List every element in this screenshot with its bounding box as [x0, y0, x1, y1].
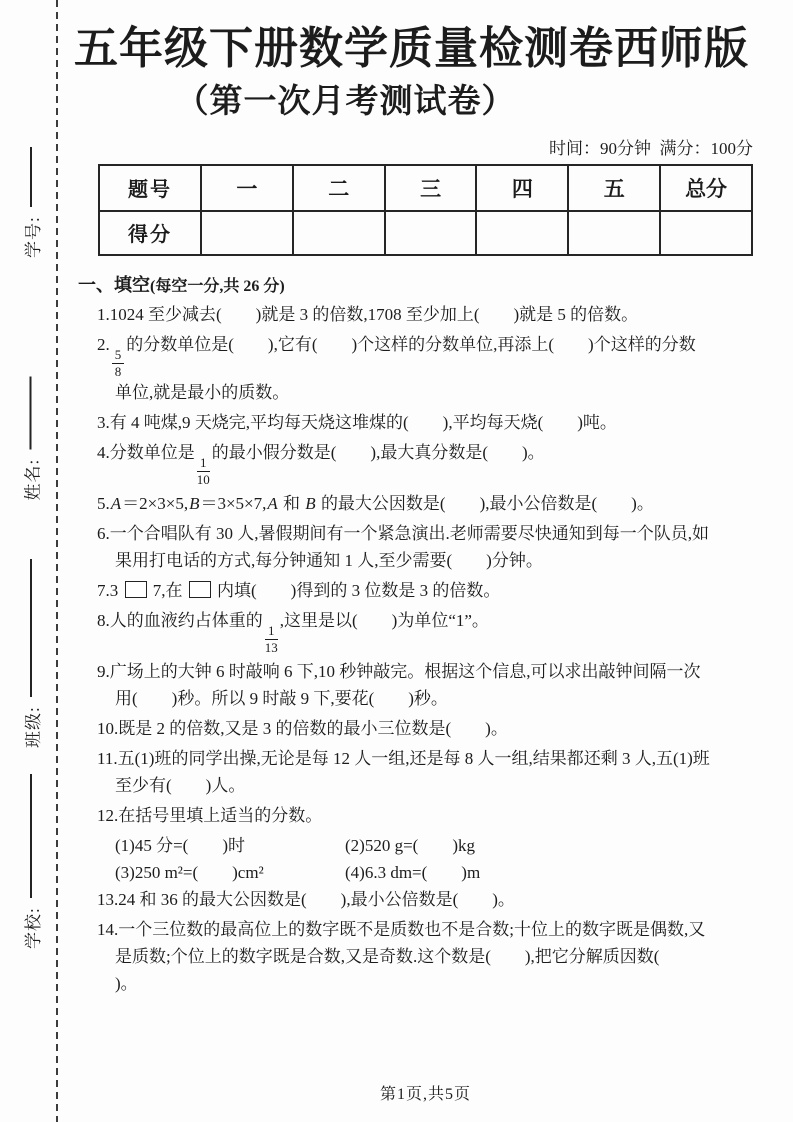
score-column-header-total: 总分 — [660, 165, 752, 211]
page-number: 第1页,共5页 — [78, 1081, 773, 1104]
score-cell-3 — [385, 211, 477, 255]
side-field-school: 学校: — [19, 777, 43, 949]
score-column-header-4: 四 — [476, 165, 568, 211]
time-and-score-info: 时间：90分钟 满分：100分 — [78, 134, 773, 159]
school-write-line — [30, 774, 32, 898]
question-13: 13.24 和 36 的最大公因数是( ),最小公倍数是( )。 — [97, 886, 711, 913]
score-cell-5 — [568, 211, 660, 255]
exam-paper: 五年级下册数学质量检测卷西师版 （第一次月考测试卷） 时间：90分钟 满分：10… — [78, 0, 773, 1000]
question-12-item-3: (3)250 m²=( )cm² — [115, 859, 345, 886]
score-cell-4 — [476, 211, 568, 255]
question-3: 3.有 4 吨煤,9 天烧完,平均每天烧这堆煤的( ),平均每天烧( )吨。 — [97, 409, 711, 436]
question-12: 12.在括号里填上适当的分数。 — [97, 802, 711, 829]
score-column-header-5: 五 — [568, 165, 660, 211]
paper-title: 五年级下册数学质量检测卷西师版 — [64, 25, 759, 73]
question-12-item-1: (1)45 分=( )时 — [115, 832, 345, 859]
question-12-item-2: (2)520 g=( )kg — [345, 832, 711, 859]
question-9: 9.广场上的大钟 6 时敲响 6 下,10 秒钟敲完。根据这个信息,可以求出敲钟… — [97, 658, 711, 712]
side-field-class: 班级: — [19, 562, 43, 748]
question-5: 5.A＝2×3×5,B＝3×5×7,A 和 B 的最大公因数是( ),最小公倍数… — [97, 490, 711, 517]
question-14: 14.一个三位数的最高位上的数字既不是质数也不是合数;十位上的数字既是偶数,又是… — [97, 916, 711, 997]
name-write-line — [30, 377, 32, 450]
question-8: 8.人的血液约占体重的113,这里是以( )为单位“1”。 — [97, 607, 711, 655]
question-6: 6.一个合唱队有 30 人,暑假期间有一个紧急演出.老师需要尽快通知到每一个队员… — [97, 520, 711, 574]
name-label: 姓名: — [18, 459, 43, 501]
school-label: 学校: — [19, 907, 44, 949]
score-column-header-1: 一 — [201, 165, 293, 211]
score-table-corner: 题号 — [99, 165, 201, 211]
question-10: 10.既是 2 的倍数,又是 3 的倍数的最小三位数是( )。 — [97, 715, 711, 742]
score-cell-total — [660, 211, 752, 255]
question-12-subitems: (1)45 分=( )时 (2)520 g=( )kg (3)250 m²=( … — [97, 832, 711, 886]
question-11: 11.五(1)班的同学出操,无论是每 12 人一组,还是每 8 人一组,结果都还… — [97, 745, 711, 799]
score-row-label: 得分 — [99, 211, 201, 255]
student-id-label: 学号: — [19, 216, 44, 258]
score-column-header-3: 三 — [385, 165, 477, 211]
question-4: 4.分数单位是110的最小假分数是( ),最大真分数是( )。 — [97, 439, 711, 487]
side-field-name: 姓名: — [19, 380, 43, 501]
score-column-header-2: 二 — [293, 165, 385, 211]
question-7: 7.3 7,在 内填( )得到的 3 位数是 3 的倍数。 — [97, 577, 711, 604]
section1-title: 一、填空 — [78, 275, 150, 295]
paper-subtitle: （第一次月考测试卷） — [0, 84, 693, 120]
question-12-item-4: (4)6.3 dm=( )m — [345, 859, 711, 886]
side-field-student-id: 学号: — [19, 150, 43, 258]
class-write-line — [30, 559, 32, 697]
class-label: 班级: — [19, 706, 44, 748]
score-cell-2 — [293, 211, 385, 255]
question-1: 1.1024 至少减去( )就是 3 的倍数,1708 至少加上( )就是 5 … — [97, 301, 711, 328]
score-table: 题号 一 二 三 四 五 总分 得分 — [98, 164, 753, 256]
score-table-score-row: 得分 — [99, 211, 752, 255]
section1-heading: 一、填空(每空一分,共 26 分) — [78, 271, 773, 297]
score-table-header-row: 题号 一 二 三 四 五 总分 — [99, 165, 752, 211]
question-2: 2.58的分数单位是( ),它有( )个这样的分数单位,再添上( )个这样的分数… — [97, 331, 711, 406]
section1-score-note: (每空一分,共 26 分) — [150, 278, 285, 295]
question-list: 1.1024 至少减去( )就是 3 的倍数,1708 至少加上( )就是 5 … — [78, 301, 711, 997]
student-id-write-line — [30, 147, 32, 207]
score-cell-1 — [201, 211, 293, 255]
binding-dashed-line — [56, 0, 58, 1122]
